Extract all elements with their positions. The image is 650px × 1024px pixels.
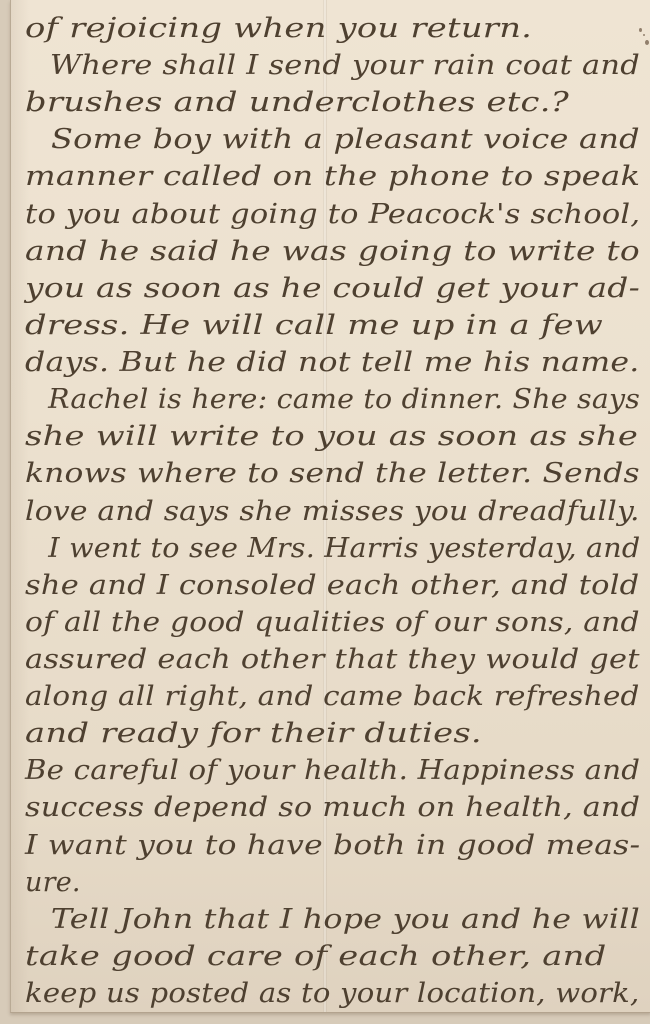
letter-line: knows where to send the letter. Sends (25, 457, 640, 491)
letter-line: I went to see Mrs. Harris yesterday, and (25, 532, 640, 566)
letter-line: and he said he was going to write to (25, 235, 640, 269)
letter-line: brushes and underclothes etc.? (25, 86, 569, 120)
letter-line: success depend so much on health, and (25, 791, 640, 825)
letter-line: Rachel is here: came to dinner. She says (25, 383, 640, 417)
ink-speck (645, 40, 649, 45)
letter-line: Be careful of your health. Happiness and (25, 754, 640, 788)
letter-line: and ready for their duties. (25, 717, 482, 751)
letter-line: assured each other that they would get (25, 643, 640, 677)
letter-line: you as soon as he could get your ad- (25, 272, 640, 306)
letter-line: love and says she misses you dreadfully. (25, 495, 640, 529)
letter-line: she will write to you as soon as she (25, 420, 638, 454)
letter-line: ure. (25, 866, 81, 900)
letter-line: to you about going to Peacock's school, (25, 198, 640, 232)
ink-speck (639, 28, 642, 32)
letter-photograph: of rejoicing when you return. Where shal… (0, 0, 650, 1024)
letter-line: days. But he did not tell me his name. (25, 346, 640, 380)
letter-line: she and I consoled each other, and told (25, 569, 639, 603)
letter-line: Some boy with a pleasant voice and (25, 123, 640, 157)
letter-line: Where shall I send your rain coat and (25, 49, 640, 83)
letter-line: along all right, and came back refreshed (25, 680, 640, 714)
letter-page: of rejoicing when you return. Where shal… (10, 0, 650, 1013)
letter-line: take good care of each other, and (25, 940, 606, 974)
letter-line: keep us posted as to your location, work… (25, 977, 639, 1011)
letter-line: of rejoicing when you return. (25, 12, 532, 46)
letter-line: Tell John that I hope you and he will (25, 903, 640, 937)
letter-line: of all the good qualities of our sons, a… (25, 606, 640, 640)
letter-line: dress. He will call me up in a few (25, 309, 603, 343)
ink-speck (643, 34, 645, 36)
letter-line: I want you to have both in good meas- (25, 829, 640, 863)
letter-line: manner called on the phone to speak (25, 160, 640, 194)
